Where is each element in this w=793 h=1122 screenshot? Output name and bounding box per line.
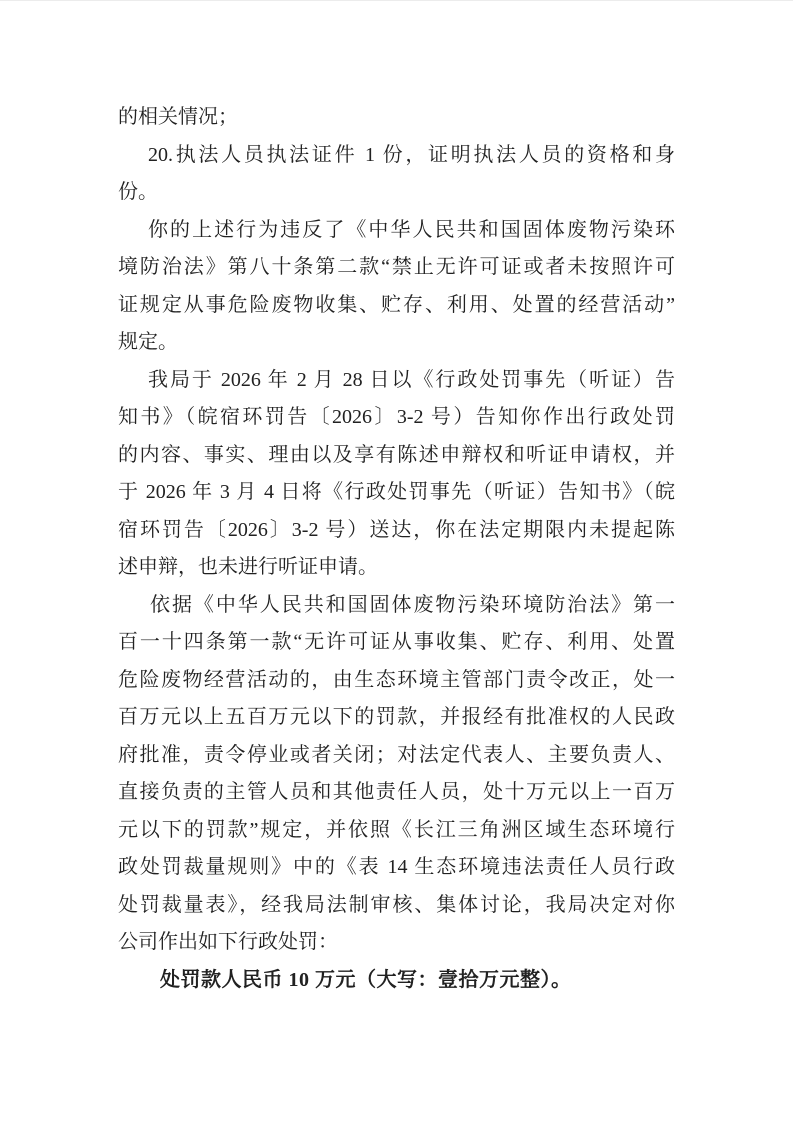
paragraph-evidence-item-20: 20.执法人员执法证件 1 份，证明执法人员的资格和身份。	[118, 137, 675, 212]
document-line: 政处罚裁量规则》中的《表 14 生态环境违法责任人员行政	[118, 849, 675, 887]
document-line: 元以下的罚款”规定，并依照《长江三角洲区域生态环境行	[118, 812, 675, 850]
document-line: 百万元以上五百万元以下的罚款，并报经有批准权的人民政	[118, 699, 675, 737]
document-line: 处罚裁量表》，经我局法制审核、集体讨论，我局决定对你	[118, 887, 675, 925]
paragraph-violation-of-law: 你的上述行为违反了《中华人民共和国固体废物污染环境防治法》第八十条第二款“禁止无…	[118, 212, 675, 362]
document-line: 知书》（皖宿环罚告〔2026〕3-2 号）告知你作出行政处罚	[118, 399, 675, 437]
document-line: 份。	[118, 174, 675, 212]
document-body: 的相关情况；20.执法人员执法证件 1 份，证明执法人员的资格和身份。你的上述行…	[118, 99, 675, 999]
paragraph-prior-notification: 我局于 2026 年 2 月 28 日以《行政处罚事先（听证）告知书》（皖宿环罚…	[118, 362, 675, 587]
paragraph-legal-basis-and-decision: 依据《中华人民共和国固体废物污染环境防治法》第一百一十四条第一款“无许可证从事收…	[118, 587, 675, 962]
document-line: 规定。	[118, 324, 675, 362]
document-line: 公司作出如下行政处罚：	[118, 924, 675, 962]
document-line: 于 2026 年 3 月 4 日将《行政处罚事先（听证）告知书》（皖	[118, 474, 675, 512]
document-line: 我局于 2026 年 2 月 28 日以《行政处罚事先（听证）告	[118, 362, 675, 400]
document-line: 境防治法》第八十条第二款“禁止无许可证或者未按照许可	[118, 249, 675, 287]
document-line: 的内容、事实、理由以及享有陈述申辩权和听证申请权，并	[118, 437, 675, 475]
document-line: 直接负责的主管人员和其他责任人员，处十万元以上一百万	[118, 774, 675, 812]
document-line: 百一十四条第一款“无许可证从事收集、贮存、利用、处置	[118, 624, 675, 662]
document-page: 的相关情况；20.执法人员执法证件 1 份，证明执法人员的资格和身份。你的上述行…	[0, 0, 793, 1122]
document-line: 处罚款人民币 10 万元（大写：壹拾万元整）。	[118, 962, 675, 1000]
document-line: 的相关情况；	[118, 99, 675, 137]
document-line: 述申辩，也未进行听证申请。	[118, 549, 675, 587]
document-line: 宿环罚告〔2026〕3-2 号）送达，你在法定期限内未提起陈	[118, 512, 675, 550]
document-line: 20.执法人员执法证件 1 份，证明执法人员的资格和身	[118, 137, 675, 175]
document-line: 依据《中华人民共和国固体废物污染环境防治法》第一	[118, 587, 675, 625]
paragraph-continuation-related-facts: 的相关情况；	[118, 99, 675, 137]
document-line: 府批准，责令停业或者关闭；对法定代表人、主要负责人、	[118, 737, 675, 775]
document-line: 危险废物经营活动的，由生态环境主管部门责令改正，处一	[118, 662, 675, 700]
paragraph-penalty-amount: 处罚款人民币 10 万元（大写：壹拾万元整）。	[118, 962, 675, 1000]
document-line: 证规定从事危险废物收集、贮存、利用、处置的经营活动”	[118, 287, 675, 325]
document-line: 你的上述行为违反了《中华人民共和国固体废物污染环	[118, 212, 675, 250]
